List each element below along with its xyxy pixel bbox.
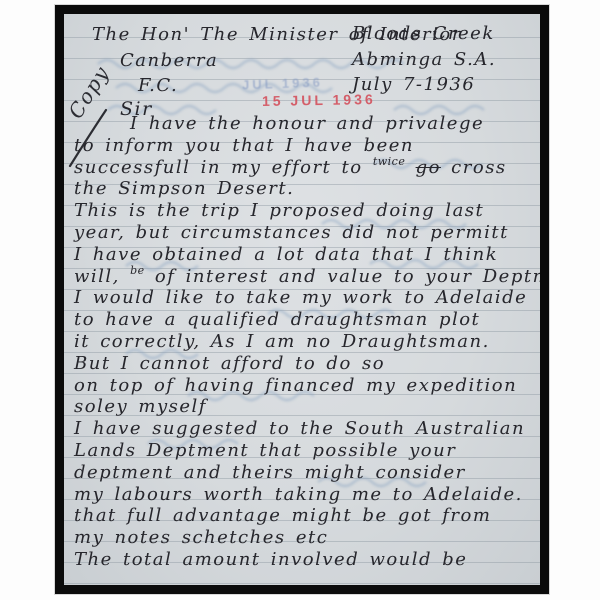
letter-line: I would like to take my work to Adelaide bbox=[74, 287, 536, 309]
date-stamp-blue: JUL 1936 bbox=[242, 75, 323, 93]
recipient-line-2: Canberra bbox=[120, 50, 218, 71]
scanned-photo-frame: Copy The Hon' The Minister of Interior C… bbox=[55, 5, 549, 594]
struck-out-word: go bbox=[416, 157, 441, 178]
sender-region-line: Abminga S.A. bbox=[352, 49, 496, 70]
inserted-word: be bbox=[130, 264, 145, 277]
letter-line: successfull in my effort to twice go cro… bbox=[74, 157, 536, 179]
letter-line: year, but circumstances did not permitt bbox=[74, 222, 536, 244]
letter-line: I have suggested to the South Australian bbox=[74, 418, 536, 440]
letter-paper: Copy The Hon' The Minister of Interior C… bbox=[64, 14, 540, 585]
letter-line: my labours worth taking me to Adelaide. bbox=[74, 484, 536, 506]
sender-place-line: Bloods Creek bbox=[352, 23, 495, 44]
letter-line: will, be of interest and value to your D… bbox=[74, 266, 536, 288]
inserted-word: twice bbox=[373, 155, 406, 168]
letter-line: my notes schetches etc bbox=[74, 527, 536, 549]
letter-line: This is the trip I proposed doing last bbox=[74, 200, 536, 222]
letter-line: But I cannot afford to do so bbox=[74, 353, 536, 375]
letter-line: The total amount involved would be bbox=[74, 549, 536, 571]
letter-line: I have obtained a lot data that I think bbox=[74, 244, 536, 266]
letter-line: I have the honour and privalege bbox=[74, 113, 536, 135]
letter-line: to inform you that I have been bbox=[74, 135, 536, 157]
letter-line: that full advantage might be got from bbox=[74, 505, 536, 527]
date-stamp-red: 15 JUL 1936 bbox=[262, 91, 376, 109]
recipient-line-3: F.C. bbox=[138, 75, 178, 96]
letter-body: I have the honour and privalegeto inform… bbox=[74, 113, 536, 571]
letter-line: soley myself bbox=[74, 396, 536, 418]
letter-line: Lands Deptment that possible your bbox=[74, 440, 536, 462]
letter-line: deptment and theirs might consider bbox=[74, 462, 536, 484]
letter-line: it correctly, As I am no Draughtsman. bbox=[74, 331, 536, 353]
letter-line: to have a qualified draughtsman plot bbox=[74, 309, 536, 331]
letter-line: on top of having financed my expedition bbox=[74, 375, 536, 397]
letter-line: the Simpson Desert. bbox=[74, 178, 536, 200]
